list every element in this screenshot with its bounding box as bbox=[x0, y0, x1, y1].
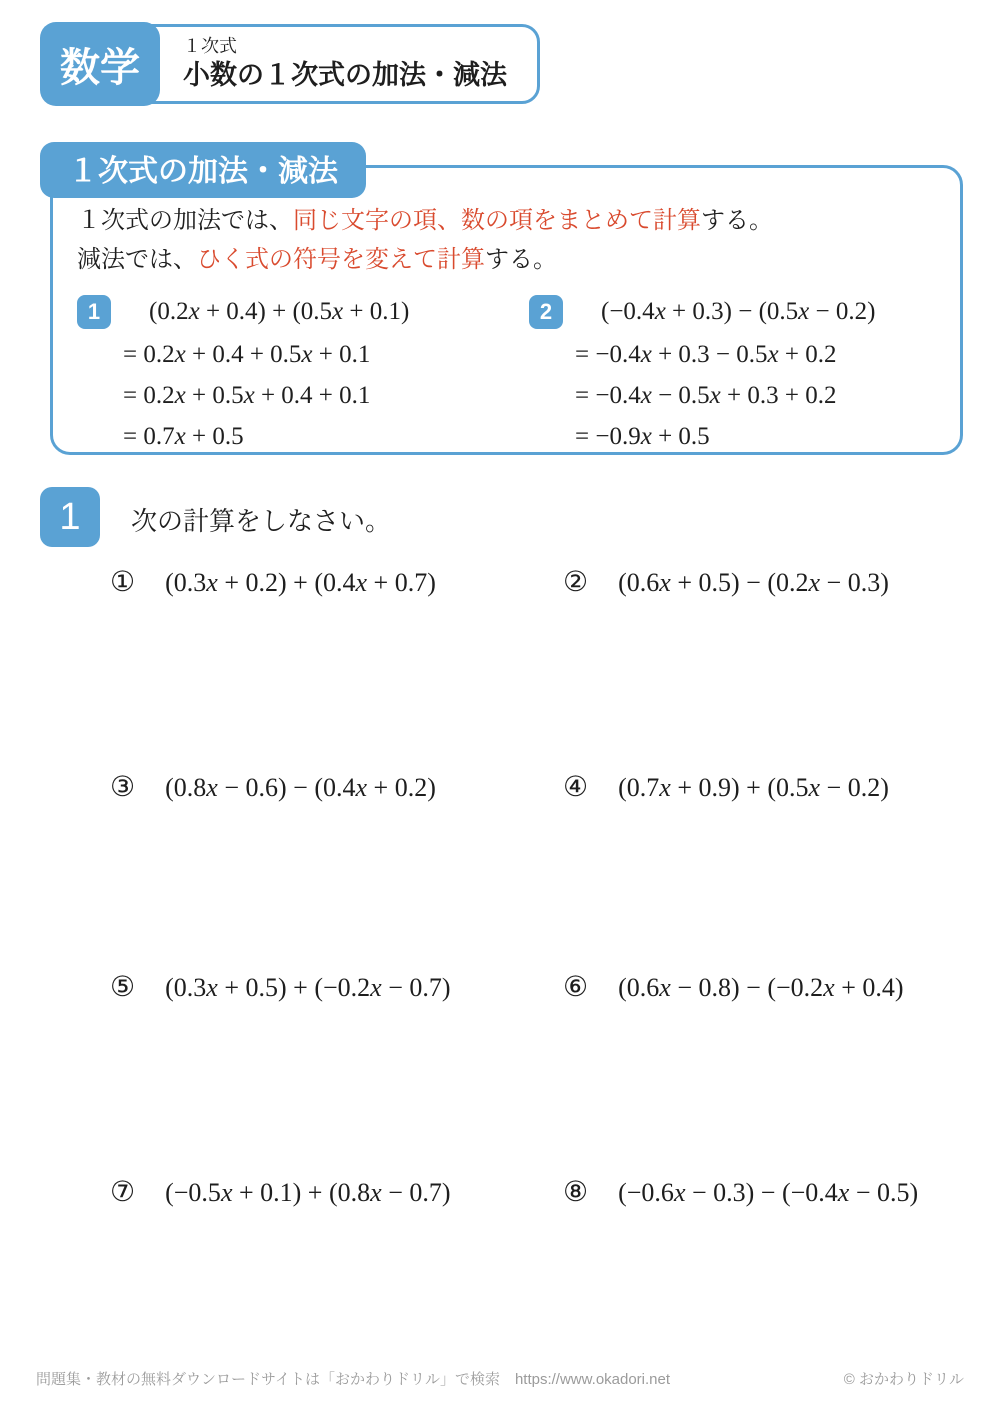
worked-example-2: 2 (−0.4x + 0.3) − (0.5x − 0.2) = −0.4x +… bbox=[529, 294, 934, 457]
worksheet-header: 数学 １次式 小数の１次式の加法・減法 bbox=[40, 22, 540, 106]
header-subtitle: １次式 bbox=[183, 34, 507, 58]
explanation-line-2-black2: する。 bbox=[485, 247, 557, 273]
problem-5: ⑤ (0.3x + 0.5) + (−0.2x − 0.7) bbox=[110, 970, 451, 1004]
example-1-number-badge: 1 bbox=[77, 295, 111, 329]
example-2-step-1: = −0.4x + 0.3 − 0.5x + 0.2 bbox=[575, 334, 934, 375]
example-1-head: 1 (0.2x + 0.4) + (0.5x + 0.1) bbox=[77, 294, 529, 330]
example-1-step-3: = 0.7x + 0.5 bbox=[123, 416, 529, 457]
example-1-step-1: = 0.2x + 0.4 + 0.5x + 0.1 bbox=[123, 334, 529, 375]
explanation-line-1-black2: する。 bbox=[701, 208, 773, 234]
problem-4: ④ (0.7x + 0.9) + (0.5x − 0.2) bbox=[563, 770, 889, 804]
problem-1-expression: (0.3x + 0.2) + (0.4x + 0.7) bbox=[165, 568, 436, 598]
problem-3-marker: ③ bbox=[110, 770, 135, 804]
task-number-badge: 1 bbox=[40, 487, 100, 547]
explanation-line-2: 減法では、ひく式の符号を変えて計算する。 bbox=[77, 241, 934, 280]
explanation-line-2-black1: 減法では、 bbox=[77, 247, 197, 273]
example-1-expression: (0.2x + 0.4) + (0.5x + 0.1) bbox=[149, 294, 409, 330]
worked-examples: 1 (0.2x + 0.4) + (0.5x + 0.1) = 0.2x + 0… bbox=[77, 294, 934, 457]
subject-badge: 数学 bbox=[40, 22, 160, 106]
problem-7: ⑦ (−0.5x + 0.1) + (0.8x − 0.7) bbox=[110, 1175, 451, 1209]
problem-3-expression: (0.8x − 0.6) − (0.4x + 0.2) bbox=[165, 773, 436, 803]
task-instruction: 次の計算をしなさい。 bbox=[131, 501, 391, 538]
problem-8-expression: (−0.6x − 0.3) − (−0.4x − 0.5) bbox=[618, 1178, 918, 1208]
problem-5-expression: (0.3x + 0.5) + (−0.2x − 0.7) bbox=[165, 973, 450, 1003]
example-2-step-2: = −0.4x − 0.5x + 0.3 + 0.2 bbox=[575, 375, 934, 416]
problem-5-marker: ⑤ bbox=[110, 970, 135, 1004]
example-2-steps: = −0.4x + 0.3 − 0.5x + 0.2 = −0.4x − 0.5… bbox=[575, 334, 934, 457]
example-2-head: 2 (−0.4x + 0.3) − (0.5x − 0.2) bbox=[529, 294, 934, 330]
problem-2-marker: ② bbox=[563, 565, 588, 599]
problem-6-expression: (0.6x − 0.8) − (−0.2x + 0.4) bbox=[618, 973, 903, 1003]
example-1-step-2: = 0.2x + 0.5x + 0.4 + 0.1 bbox=[123, 375, 529, 416]
example-2-step-3: = −0.9x + 0.5 bbox=[575, 416, 934, 457]
problem-4-marker: ④ bbox=[563, 770, 588, 804]
example-2-expression: (−0.4x + 0.3) − (0.5x − 0.2) bbox=[601, 294, 875, 330]
explanation-line-2-highlight: ひく式の符号を変えて計算 bbox=[197, 247, 485, 273]
problem-2-expression: (0.6x + 0.5) − (0.2x − 0.3) bbox=[618, 568, 889, 598]
problem-7-marker: ⑦ bbox=[110, 1175, 135, 1209]
header-title-box: １次式 小数の１次式の加法・減法 bbox=[132, 24, 540, 104]
worked-example-1: 1 (0.2x + 0.4) + (0.5x + 0.1) = 0.2x + 0… bbox=[77, 294, 529, 457]
problem-8-marker: ⑧ bbox=[563, 1175, 588, 1209]
section-label: １次式の加法・減法 bbox=[40, 142, 366, 198]
example-1-steps: = 0.2x + 0.4 + 0.5x + 0.1 = 0.2x + 0.5x … bbox=[123, 334, 529, 457]
explanation-line-1-highlight: 同じ文字の項、数の項をまとめて計算 bbox=[293, 208, 701, 234]
problem-6-marker: ⑥ bbox=[563, 970, 588, 1004]
explanation-line-1: １次式の加法では、同じ文字の項、数の項をまとめて計算する。 bbox=[77, 202, 934, 241]
problem-7-expression: (−0.5x + 0.1) + (0.8x − 0.7) bbox=[165, 1178, 450, 1208]
problem-8: ⑧ (−0.6x − 0.3) − (−0.4x − 0.5) bbox=[563, 1175, 918, 1209]
example-2-number-badge: 2 bbox=[529, 295, 563, 329]
problem-1-marker: ① bbox=[110, 565, 135, 599]
footer-site-info: 問題集・教材の無料ダウンロードサイトは「おかわりドリル」で検索 https://… bbox=[36, 1368, 670, 1389]
problem-1: ① (0.3x + 0.2) + (0.4x + 0.7) bbox=[110, 565, 436, 599]
footer-copyright: © おかわりドリル bbox=[844, 1368, 964, 1389]
explanation-section: １次式の加法・減法 １次式の加法では、同じ文字の項、数の項をまとめて計算する。 … bbox=[50, 142, 963, 455]
worksheet-page: 数学 １次式 小数の１次式の加法・減法 １次式の加法・減法 １次式の加法では、同… bbox=[0, 0, 1000, 1415]
problem-6: ⑥ (0.6x − 0.8) − (−0.2x + 0.4) bbox=[563, 970, 904, 1004]
problem-3: ③ (0.8x − 0.6) − (0.4x + 0.2) bbox=[110, 770, 436, 804]
explanation-box: １次式の加法では、同じ文字の項、数の項をまとめて計算する。 減法では、ひく式の符… bbox=[50, 165, 963, 455]
explanation-line-1-black1: １次式の加法では、 bbox=[77, 208, 293, 234]
page-title: 小数の１次式の加法・減法 bbox=[183, 58, 507, 92]
problem-2: ② (0.6x + 0.5) − (0.2x − 0.3) bbox=[563, 565, 889, 599]
problem-4-expression: (0.7x + 0.9) + (0.5x − 0.2) bbox=[618, 773, 889, 803]
